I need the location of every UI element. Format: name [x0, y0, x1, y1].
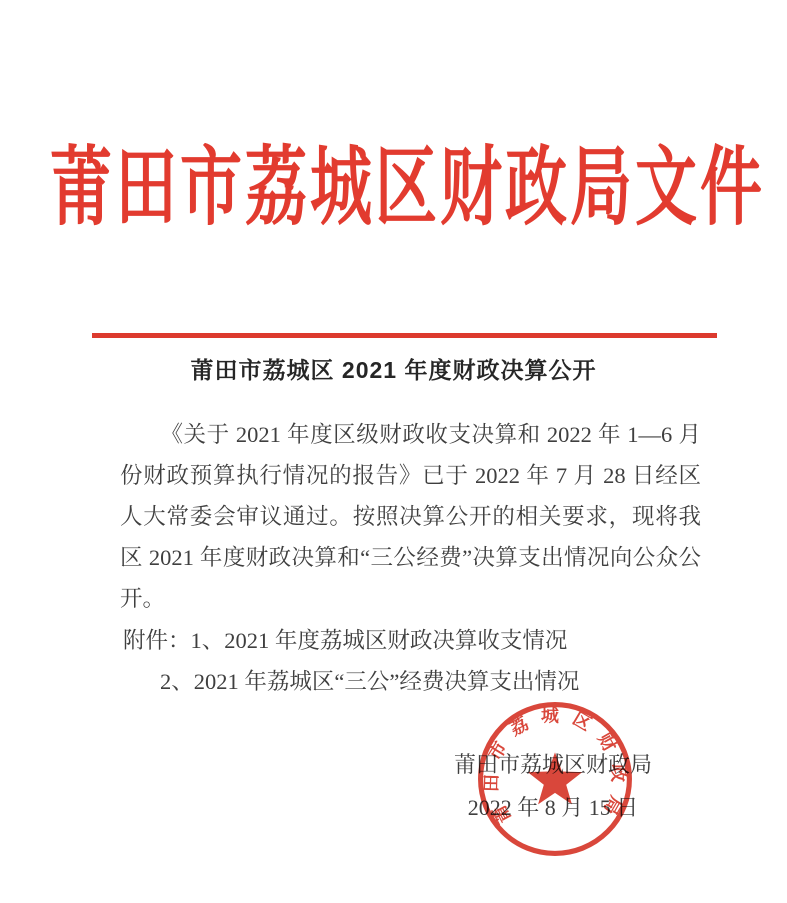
attachment-item-2: 2、2021 年荔城区“三公”经费决算支出情况 [160, 669, 579, 694]
signature-date: 2022 年 8 月 15 日 [403, 795, 703, 821]
attachments-label: 附件： [123, 628, 191, 653]
attachment-item-1: 1、2021 年度荔城区财政决算收支情况 [191, 628, 568, 653]
document-title: 莆田市荔城区 2021 年度财政决算公开 [0, 352, 787, 385]
red-divider-line [92, 333, 717, 338]
body-paragraph: 《关于 2021 年度区级财政收支决算和 2022 年 1—6 月份财政预算执行… [120, 414, 701, 619]
document-page: 莆田市荔城区财政局文件 莆田市荔城区 2021 年度财政决算公开 《关于 202… [0, 0, 787, 903]
signature-org: 莆田市荔城区财政局 [403, 752, 703, 778]
letterhead-title: 莆田市荔城区财政局文件 [14, 113, 787, 265]
attachments-section: 附件：1、2021 年度荔城区财政决算收支情况 2、2021 年荔城区“三公”经… [123, 620, 703, 702]
signature-block: 莆田市荔城区财政局 2022 年 8 月 15 日 [403, 752, 703, 821]
attachment-line-2: 2、2021 年荔城区“三公”经费决算支出情况 [160, 661, 703, 702]
attachment-line-1: 附件：1、2021 年度荔城区财政决算收支情况 [123, 620, 703, 661]
